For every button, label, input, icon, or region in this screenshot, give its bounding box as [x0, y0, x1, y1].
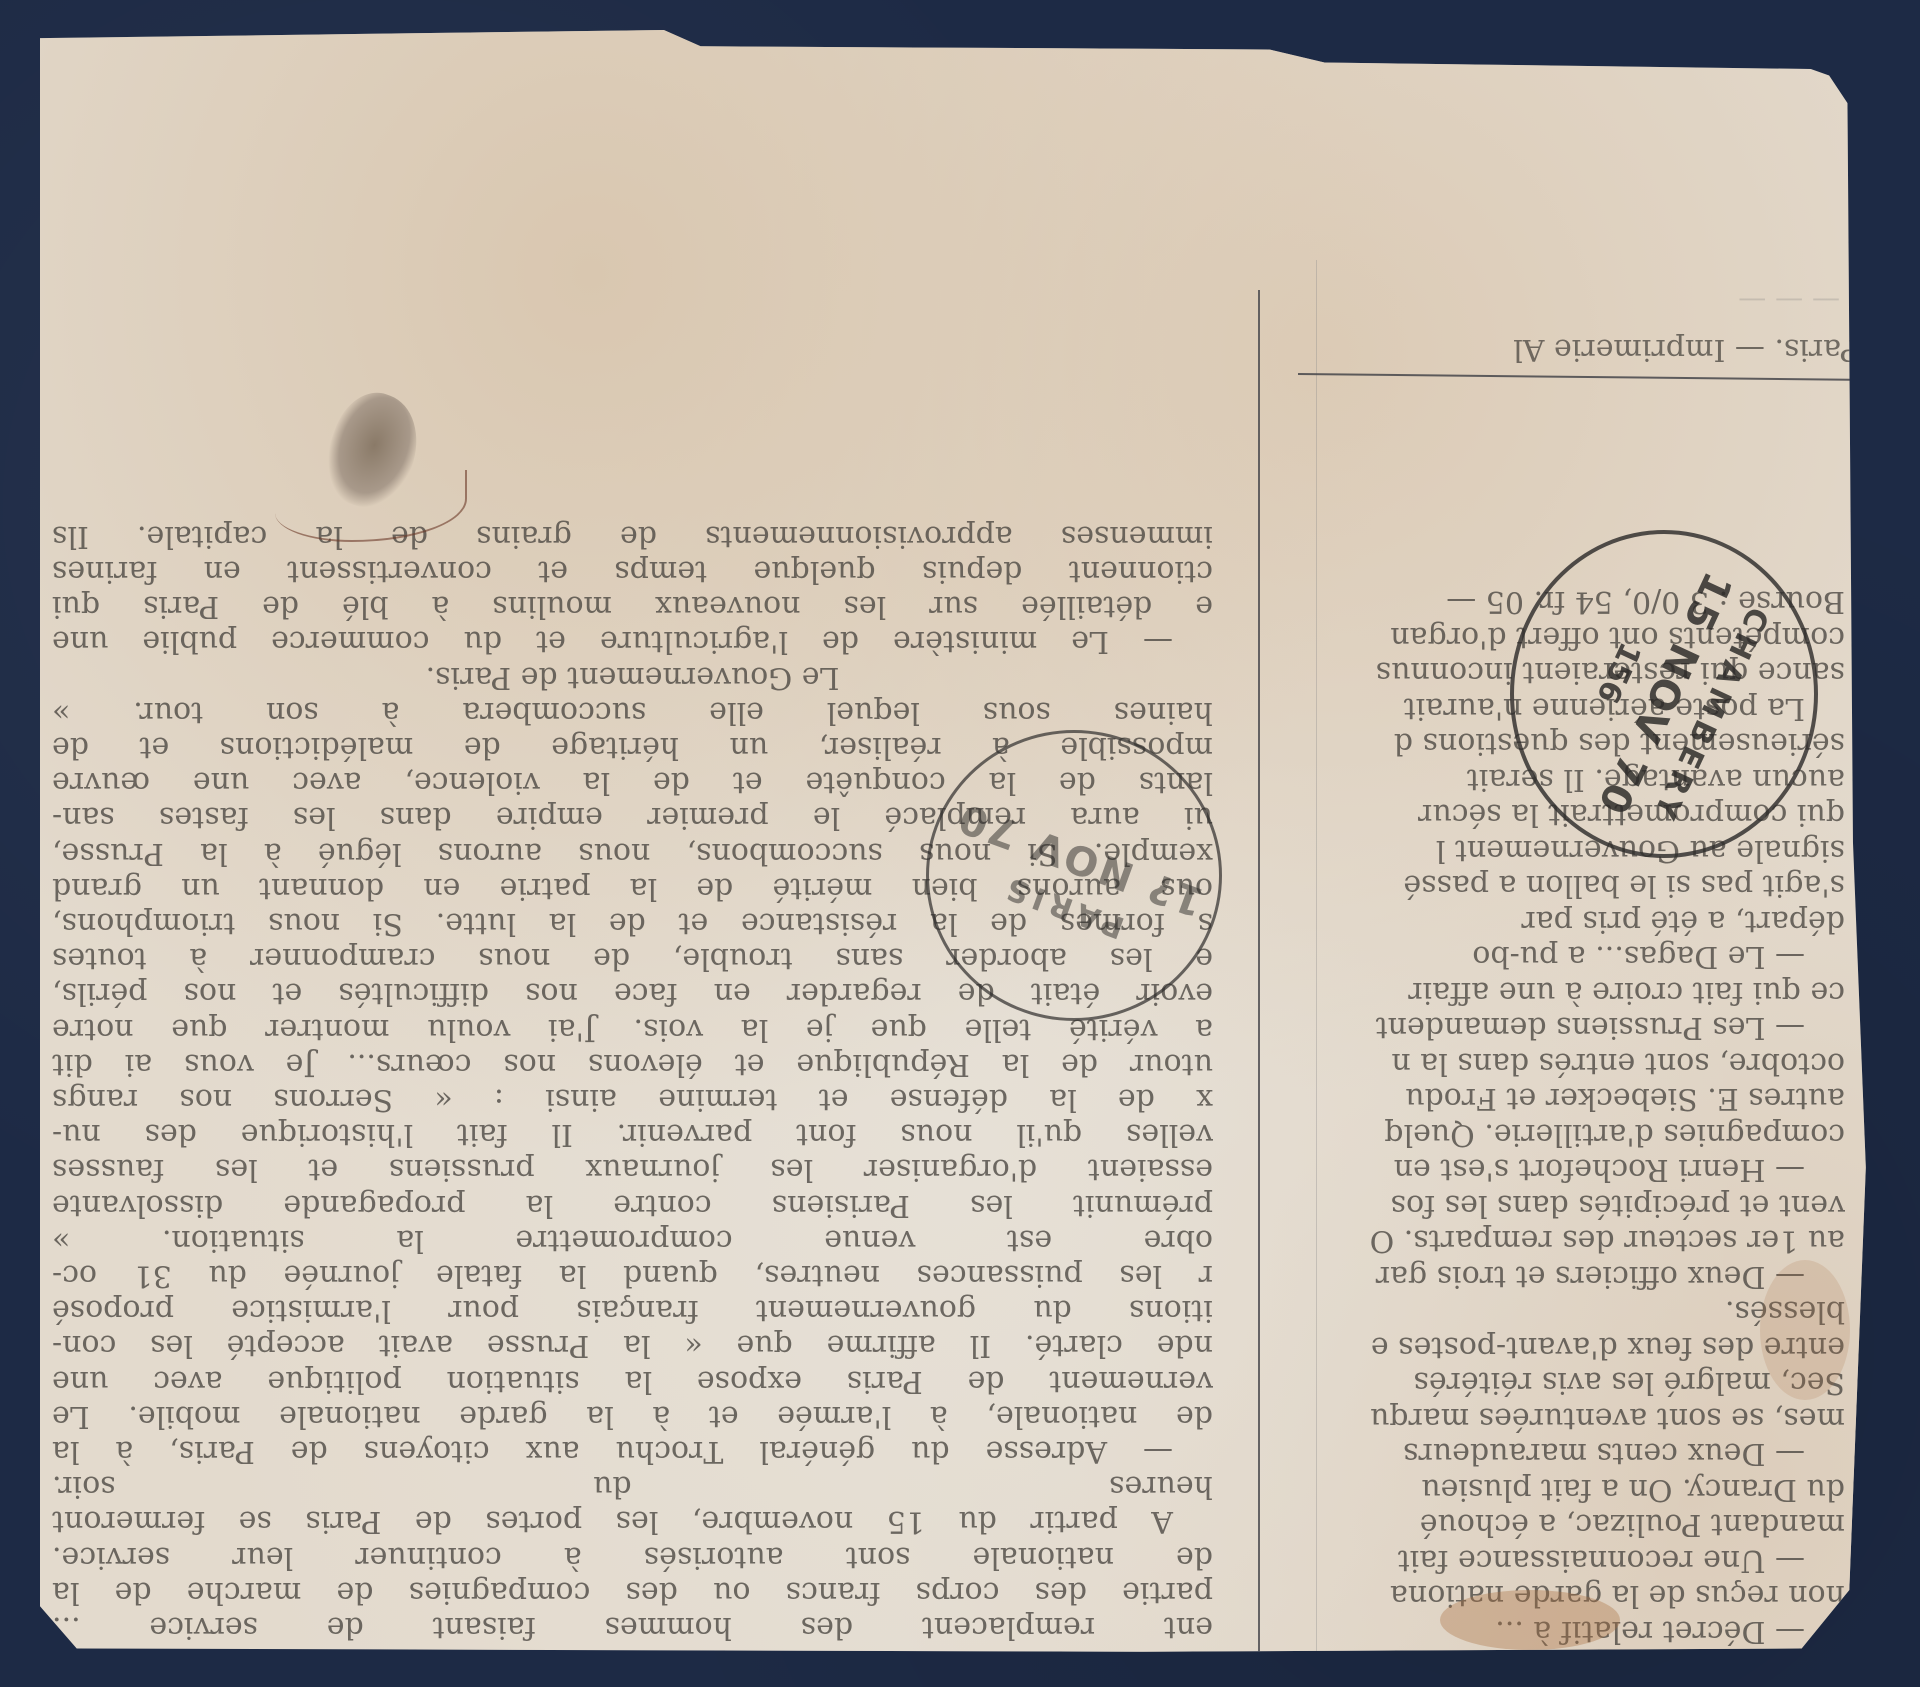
text-line: — Les Prussiens demandent — [1300, 1010, 1845, 1046]
text-line: — Deux cents maraudeurs — [1300, 1436, 1845, 1472]
text-line: nde clarté. Il affirme que « la Prusse a… — [52, 1328, 1213, 1363]
text-line: octobre, sont entrés dans la n — [1300, 1046, 1845, 1082]
column-divider — [1258, 290, 1260, 1655]
foxing-stain — [1440, 1590, 1620, 1650]
text-line: départ, a été pris par — [1300, 904, 1845, 940]
text-line: — Henri Rochefort s'est en — [1300, 1152, 1845, 1188]
text-line: — Adresse du général Trochu aux citoyens… — [52, 1434, 1213, 1469]
text-line: mes, se sont aventurées marqu — [1300, 1401, 1845, 1437]
text-line: du Drancy. On a fait plusieu — [1300, 1472, 1845, 1508]
text-line: prémunit les Parisiens contre la propaga… — [52, 1187, 1213, 1222]
text-line: — Deux officiers et trois gar — [1300, 1259, 1845, 1295]
text-line: obre est venue compromettre la situation… — [52, 1223, 1213, 1258]
text-line: compagnies d'artillerie. Quelq — [1300, 1117, 1845, 1153]
text-line: velles qu'il nous font parvenir. Il fait… — [52, 1117, 1213, 1152]
text-line: essaient d'organiser les journaux prussi… — [52, 1152, 1213, 1187]
text-line: utour de la République et élevons nos cœ… — [52, 1047, 1213, 1082]
text-line: vernement de Paris expose la situation p… — [52, 1363, 1213, 1398]
text-line: Le Gouvernement de Paris. — [52, 659, 1213, 694]
foxing-stain — [1760, 1260, 1850, 1400]
text-line: de nationale, à l'armée et à la garde na… — [52, 1399, 1213, 1434]
text-line: ent remplacent des hommes faisant de ser… — [52, 1610, 1213, 1645]
text-line: ce qui fait croire à une affair — [1300, 975, 1845, 1011]
text-line: mandant Poulizac, a échoué — [1300, 1507, 1845, 1543]
text-line: itions du gouvernement français pour l'a… — [52, 1293, 1213, 1328]
text-line: de nationale sont autorisés à continuer … — [52, 1539, 1213, 1574]
text-line: Sec, malgré les avis réitérés — [1300, 1365, 1845, 1401]
text-line: ctionnent depuis quelque temps et conver… — [52, 554, 1213, 589]
text-line: immenses approvisionnements de grains de… — [52, 519, 1213, 554]
text-line: x de la défense et termine ainsi : « Ser… — [52, 1082, 1213, 1117]
text-line: heures du soir. — [52, 1469, 1213, 1504]
text-line: partie des corps francs ou des compagnie… — [52, 1575, 1213, 1610]
text-line: — Une reconnaissance fait — [1300, 1543, 1845, 1579]
column-guide-line — [1316, 260, 1317, 1655]
text-line: au 1er secteur des remparts. O — [1300, 1223, 1845, 1259]
text-line: s'agit pas si le ballon a passé — [1300, 868, 1845, 904]
text-line: — Le Dagas... a pu-bo — [1300, 939, 1845, 975]
text-line: vent et précipités dans les fos — [1300, 1188, 1845, 1224]
text-line: — Le ministère de l'agriculture et du co… — [52, 624, 1213, 659]
text-line: autres E. Siebecker et Frodu — [1300, 1081, 1845, 1117]
postmark-right: CHAMBERY 15 NOV 70 156 — [1510, 530, 1818, 858]
text-line: A partir du 15 novembre, les portes de P… — [52, 1504, 1213, 1539]
newspaper-sheet: — — — Paris. — Imprimerie Al ent remplac… — [40, 30, 1875, 1655]
text-line: r les puissances neutres, quand la fatal… — [52, 1258, 1213, 1293]
postmark-left: PARIS 1? NOV 70 — [926, 730, 1222, 1021]
text-line: e détaillée sur les nouveaux moulins à b… — [52, 589, 1213, 624]
